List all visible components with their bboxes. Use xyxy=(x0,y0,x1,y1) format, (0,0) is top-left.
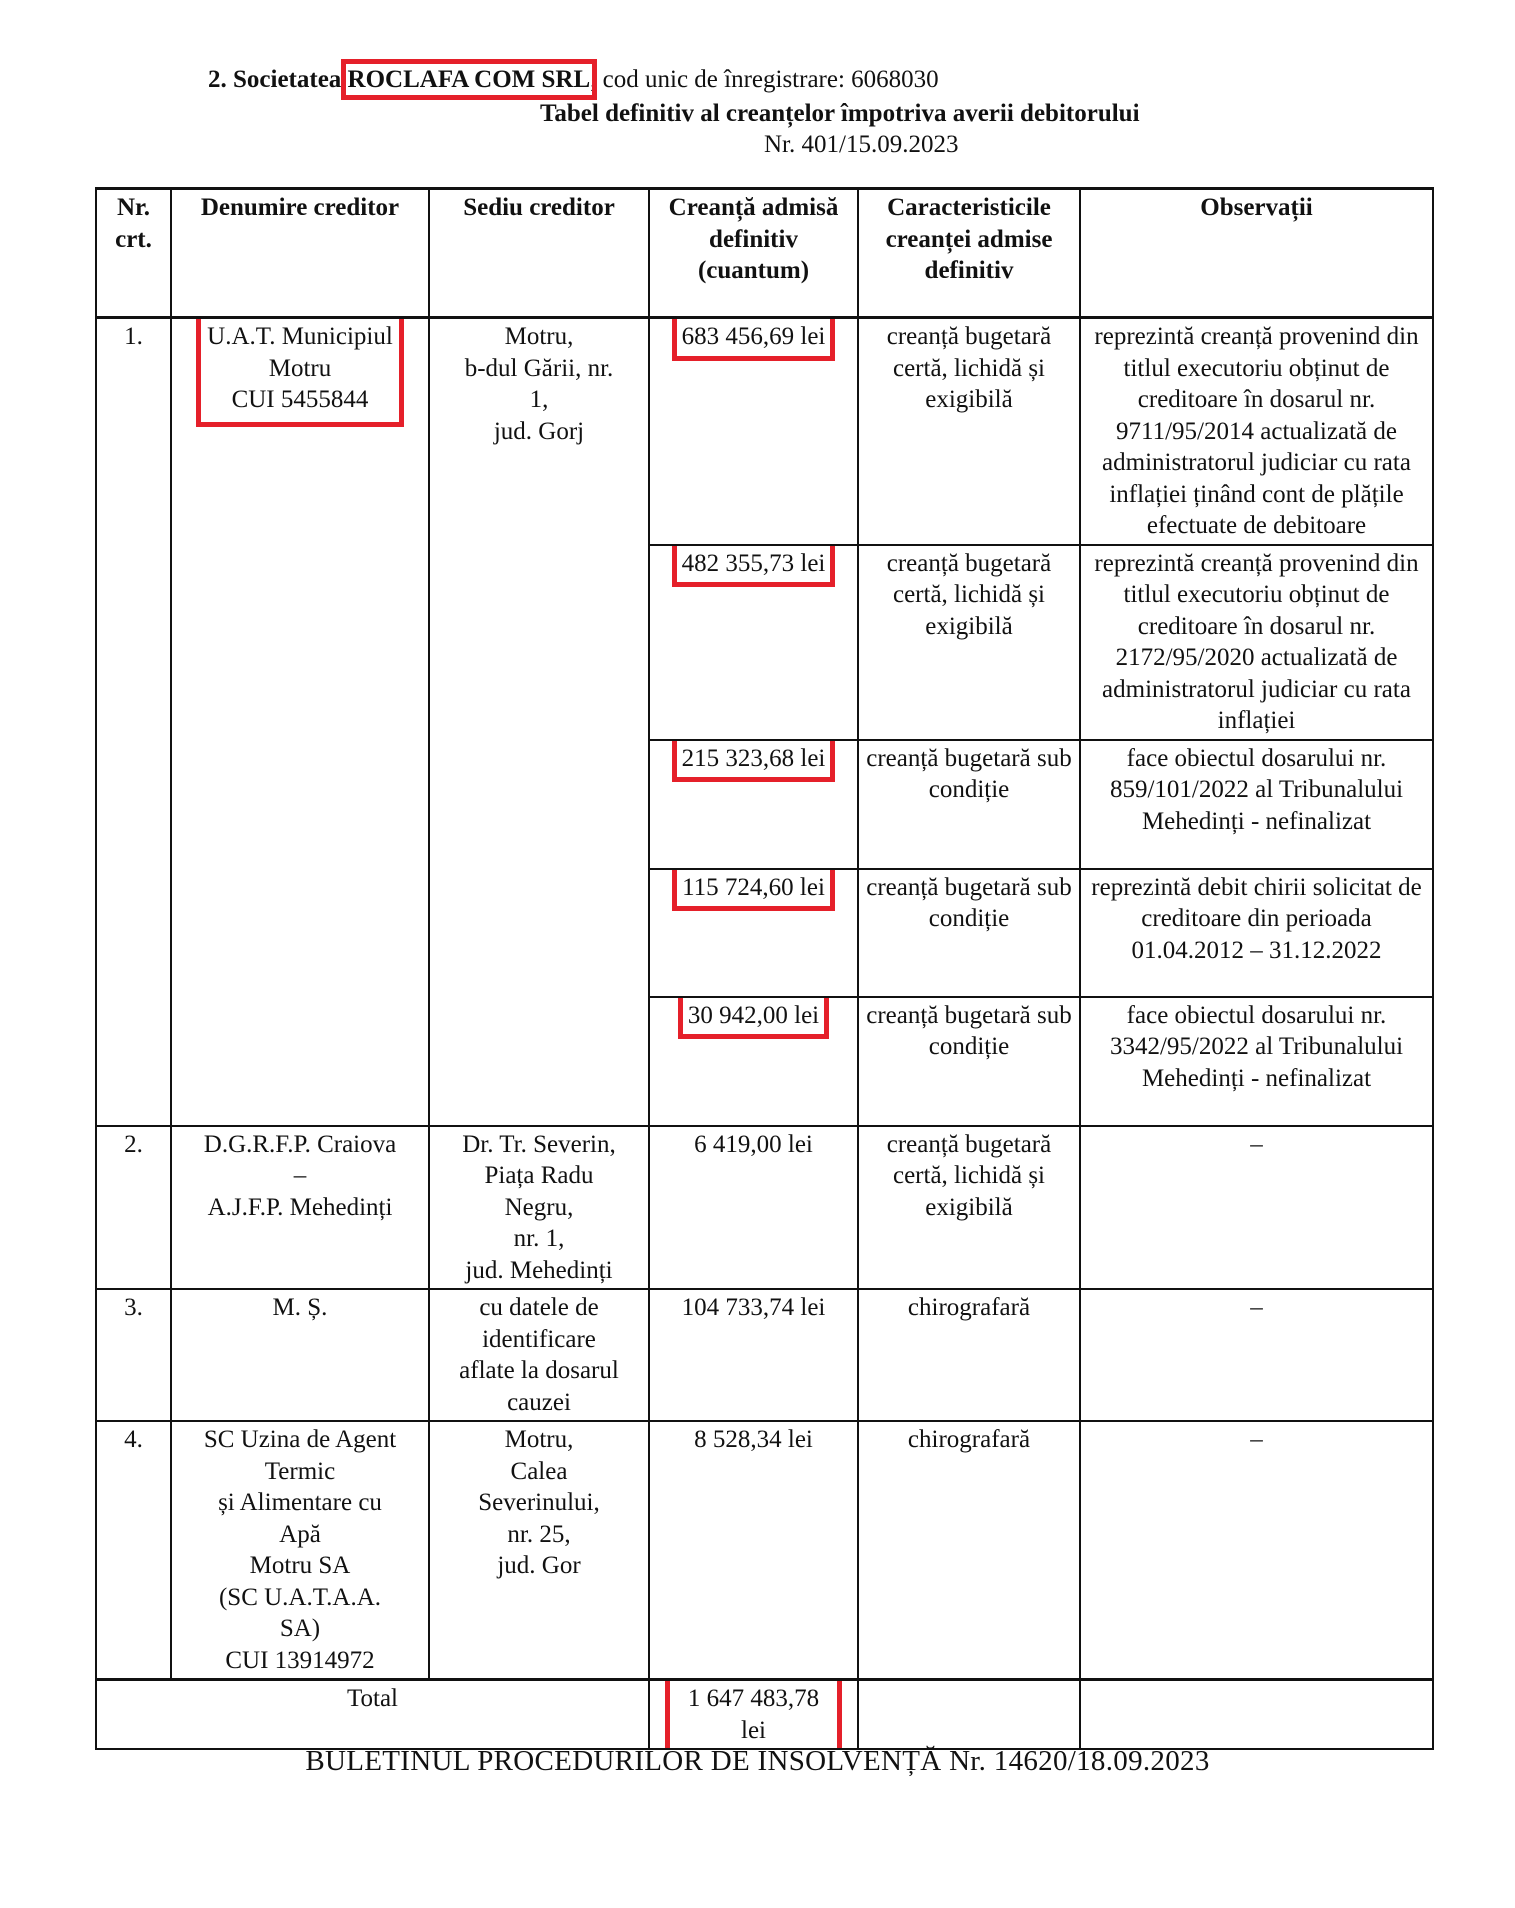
creditor-name-highlight: U.A.T. MunicipiulMotruCUI 5455844 xyxy=(207,321,393,416)
claim-observation: – xyxy=(1080,1421,1433,1680)
total-amount-highlight: 1 647 483,78lei xyxy=(674,1683,833,1746)
col-header-obs: Observații xyxy=(1080,189,1433,318)
creditor-address: cu datele deidentificareaflate la dosaru… xyxy=(429,1289,649,1421)
claim-observation: face obiectul dosarului nr. 859/101/2022… xyxy=(1080,740,1433,869)
company-prefix: 2. Societatea xyxy=(208,66,341,93)
claim-type: creanță bugetară certă, lichidă și exigi… xyxy=(858,318,1080,545)
col-header-creditor: Denumire creditor xyxy=(171,189,429,318)
claim-amount: 683 456,69 lei xyxy=(649,318,858,545)
col-header-nr: Nr. crt. xyxy=(96,189,171,318)
claim-observation: reprezintă creanță provenind din titlul … xyxy=(1080,545,1433,740)
claim-amount: 30 942,00 lei xyxy=(649,997,858,1126)
claim-observation: reprezintă creanță provenind din titlul … xyxy=(1080,318,1433,545)
claim-observation: – xyxy=(1080,1126,1433,1290)
table-row: 4.SC Uzina de AgentTermicși Alimentare c… xyxy=(96,1421,1433,1680)
company-name-highlight: ROCLAFA COM SRL xyxy=(348,66,591,93)
claim-amount-highlight: 482 355,73 lei xyxy=(680,548,828,580)
total-label: Total xyxy=(96,1680,649,1750)
claim-type: chirografară xyxy=(858,1421,1080,1680)
claim-amount: 215 323,68 lei xyxy=(649,740,858,869)
table-row: 2.D.G.R.F.P. Craiova–A.J.F.P. MehedințiD… xyxy=(96,1126,1433,1290)
claim-observation: face obiectul dosarului nr. 3342/95/2022… xyxy=(1080,997,1433,1126)
claim-amount: 8 528,34 lei xyxy=(649,1421,858,1680)
claim-amount-highlight: 115 724,60 lei xyxy=(680,872,827,904)
creditor-name: SC Uzina de AgentTermicși Alimentare cuA… xyxy=(171,1421,429,1680)
table-row: 1.U.A.T. MunicipiulMotruCUI 5455844Motru… xyxy=(96,318,1433,545)
creditor-address: Motru,CaleaSeverinului,nr. 25,jud. Gor xyxy=(429,1421,649,1680)
creditor-address: Motru,b-dul Gării, nr.1,jud. Gorj xyxy=(429,318,649,1126)
claim-observation: – xyxy=(1080,1289,1433,1421)
claim-type: creanță bugetară certă, lichidă și exigi… xyxy=(858,1126,1080,1290)
company-registration: , cod unic de înregistrare: 6068030 xyxy=(590,66,939,93)
table-header-row: Nr. crt. Denumire creditor Sediu credito… xyxy=(96,189,1433,318)
claim-type: creanță bugetară sub condiție xyxy=(858,740,1080,869)
claim-amount-highlight: 683 456,69 lei xyxy=(680,321,828,353)
row-number: 2. xyxy=(96,1126,171,1290)
creditor-name: D.G.R.F.P. Craiova–A.J.F.P. Mehedinți xyxy=(171,1126,429,1290)
claims-table: Nr. crt. Denumire creditor Sediu credito… xyxy=(95,187,1434,1750)
row-number: 3. xyxy=(96,1289,171,1421)
creditor-address: Dr. Tr. Severin,Piața RaduNegru,nr. 1,ju… xyxy=(429,1126,649,1290)
creditor-name: M. Ș. xyxy=(171,1289,429,1421)
claim-amount: 6 419,00 lei xyxy=(649,1126,858,1290)
total-amount: 1 647 483,78lei xyxy=(649,1680,858,1750)
claim-type: creanță bugetară certă, lichidă și exigi… xyxy=(858,545,1080,740)
total-empty-cell xyxy=(1080,1680,1433,1750)
col-header-amount: Creanță admisă definitiv (cuantum) xyxy=(649,189,858,318)
claim-type: creanță bugetară sub condiție xyxy=(858,869,1080,997)
creditor-name: U.A.T. MunicipiulMotruCUI 5455844 xyxy=(171,318,429,1126)
col-header-type: Caracteristicile creanței admise definit… xyxy=(858,189,1080,318)
total-empty-cell xyxy=(858,1680,1080,1750)
claim-amount: 482 355,73 lei xyxy=(649,545,858,740)
document-number: Nr. 401/15.09.2023 xyxy=(764,131,958,159)
company-line: 2. Societatea ROCLAFA COM SRL, cod unic … xyxy=(208,66,939,94)
bulletin-footer: BULETINUL PROCEDURILOR DE INSOLVENȚĂ Nr.… xyxy=(0,1745,1515,1778)
claim-amount-highlight: 30 942,00 lei xyxy=(686,1000,821,1032)
claim-type: creanță bugetară sub condiție xyxy=(858,997,1080,1126)
claim-observation: reprezintă debit chirii solicitat de cre… xyxy=(1080,869,1433,997)
row-number: 1. xyxy=(96,318,171,1126)
table-row: 3.M. Ș.cu datele deidentificareaflate la… xyxy=(96,1289,1433,1421)
document-title: Tabel definitiv al creanțelor împotriva … xyxy=(540,100,1140,128)
claim-amount: 115 724,60 lei xyxy=(649,869,858,997)
total-row: Total1 647 483,78lei xyxy=(96,1680,1433,1750)
claim-amount-highlight: 215 323,68 lei xyxy=(680,743,828,775)
claim-type: chirografară xyxy=(858,1289,1080,1421)
claim-amount: 104 733,74 lei xyxy=(649,1289,858,1421)
col-header-sediu: Sediu creditor xyxy=(429,189,649,318)
row-number: 4. xyxy=(96,1421,171,1680)
